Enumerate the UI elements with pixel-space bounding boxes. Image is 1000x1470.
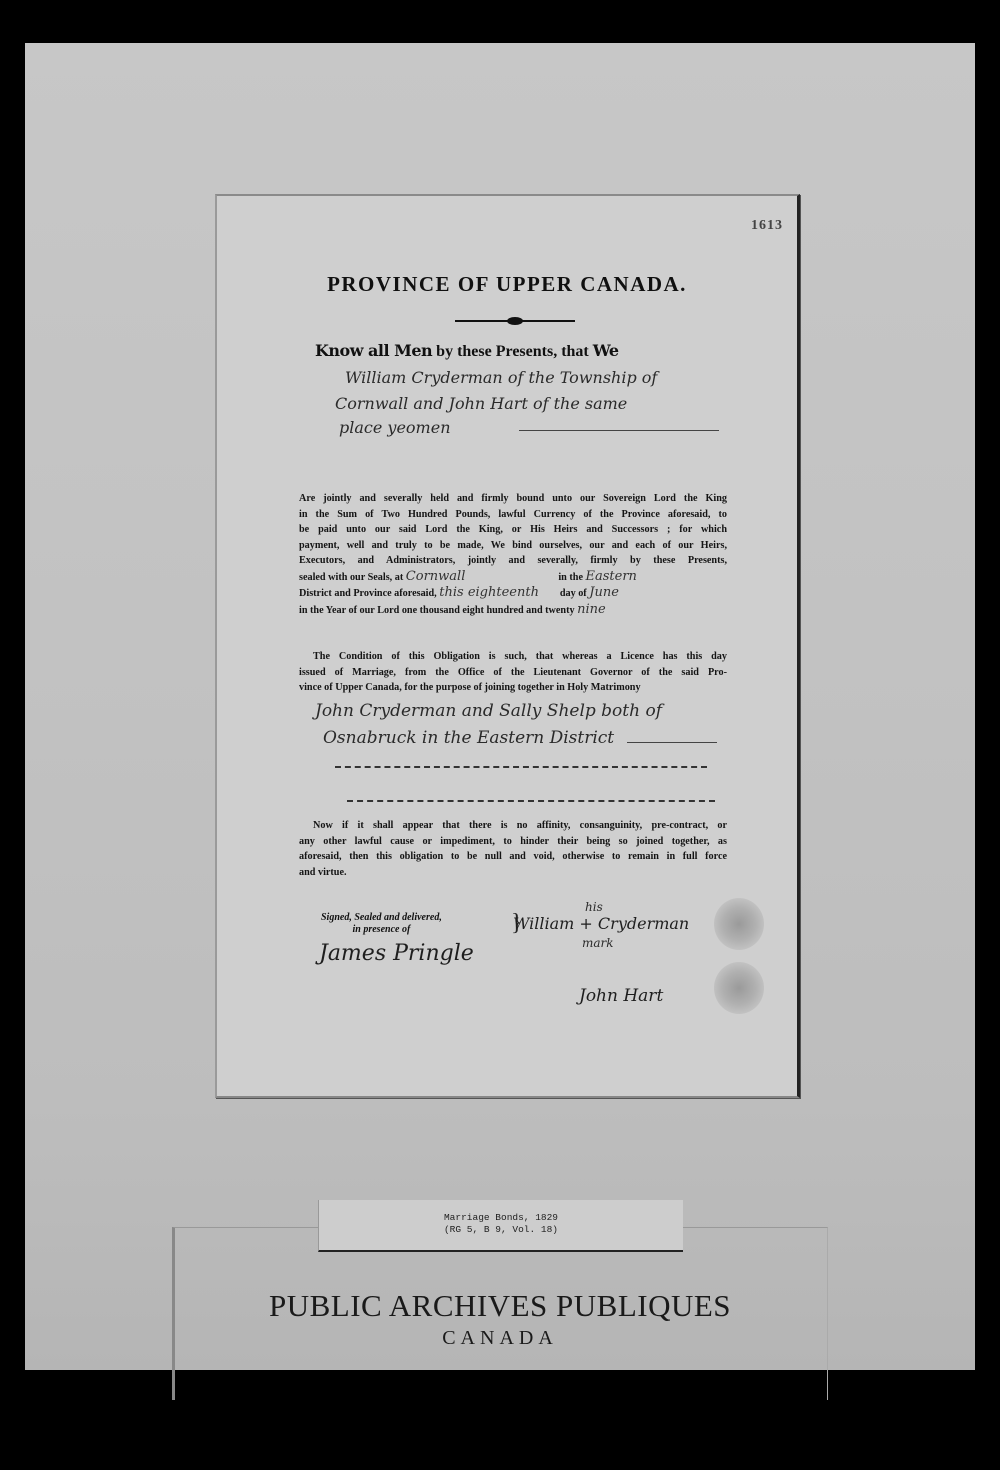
mark-word-label: mark — [582, 936, 614, 950]
witness-signature: James Pringle — [319, 941, 474, 966]
preamble-blackletter-we: We — [593, 341, 619, 360]
void-paragraph: Now if it shall appear that there is no … — [299, 818, 727, 880]
handwritten-couple-line-1: John Cryderman and Sally Shelp both of — [315, 701, 662, 721]
handwritten-parties-line-3: place yeomen — [339, 418, 451, 437]
canada-subheading: CANADA — [0, 1327, 1000, 1350]
handwritten-couple-line-2: Osnabruck in the Eastern District — [323, 728, 614, 748]
bond-year-line: in the Year of our Lord one thousand eig… — [299, 602, 727, 619]
wax-seal-1 — [714, 898, 764, 950]
bond-date-line: District and Province aforesaid, this ei… — [299, 585, 727, 602]
bond-line: be paid unto our said Lord the King, or … — [299, 522, 727, 538]
fill-in-rule — [627, 742, 717, 745]
public-archives-heading: PUBLIC ARCHIVES PUBLIQUES — [0, 1288, 1000, 1324]
blank-line-squiggle — [347, 800, 715, 804]
signer-2-signature: John Hart — [579, 986, 663, 1006]
handwritten-district: Eastern — [586, 569, 637, 584]
mark-his-label: his — [585, 900, 603, 914]
void-line: and virtue. — [299, 865, 727, 881]
bond-sealed-line: sealed with our Seals, at Cornwall in th… — [299, 569, 727, 586]
condition-paragraph: The Condition of this Obligation is such… — [299, 649, 727, 696]
preamble-blackletter-know-all-men: Know all Men — [315, 341, 432, 360]
condition-line: The Condition of this Obligation is such… — [299, 649, 727, 665]
condition-line: issued of Marriage, from the Office of t… — [299, 665, 727, 681]
handwritten-year: nine — [577, 602, 606, 617]
signer-1-signature: William + Cryderman — [513, 914, 689, 933]
void-line: aforesaid, then this obligation to be nu… — [299, 849, 727, 865]
wax-seal-2 — [714, 962, 764, 1014]
void-line: any other lawful cause or impediment, to… — [299, 834, 727, 850]
signed-sealed-delivered-label: Signed, Sealed and delivered, in presenc… — [321, 912, 442, 936]
decorative-rule-ornament — [455, 317, 575, 325]
handwritten-parties-line-2: Cornwall and John Hart of the same — [335, 394, 627, 413]
archive-record-group: (RG 5, B 9, Vol. 18) — [319, 1224, 683, 1235]
archive-series-title: Marriage Bonds, 1829 — [319, 1212, 683, 1223]
handwritten-day: this eighteenth — [439, 585, 557, 601]
preamble-text: by these Presents, that — [432, 343, 593, 360]
condition-line: vince of Upper Canada, for the purpose o… — [299, 680, 727, 696]
handwritten-month: June — [589, 585, 619, 600]
fill-in-rule — [519, 430, 719, 433]
folio-number: 1613 — [751, 218, 783, 234]
void-line: Now if it shall appear that there is no … — [299, 818, 727, 834]
bond-line: Are jointly and severally held and firml… — [299, 491, 727, 507]
handwritten-parties-line-1: William Cryderman of the Township of — [345, 368, 657, 387]
bond-line: payment, well and truly to be made, We b… — [299, 538, 727, 554]
document-title: PROVINCE OF UPPER CANADA. — [217, 272, 797, 297]
blank-line-squiggle — [335, 766, 707, 770]
bond-paragraph: Are jointly and severally held and firml… — [299, 491, 727, 618]
marriage-bond-document: 1613 PROVINCE OF UPPER CANADA. Know all … — [215, 194, 800, 1098]
bond-line: Executors, and Administrators, jointly a… — [299, 553, 727, 569]
bond-line: in the Sum of Two Hundred Pounds, lawful… — [299, 507, 727, 523]
preamble: Know all Men by these Presents, that We — [315, 341, 619, 361]
handwritten-place: Cornwall — [406, 569, 556, 585]
archive-reference-label: Marriage Bonds, 1829 (RG 5, B 9, Vol. 18… — [318, 1200, 683, 1252]
